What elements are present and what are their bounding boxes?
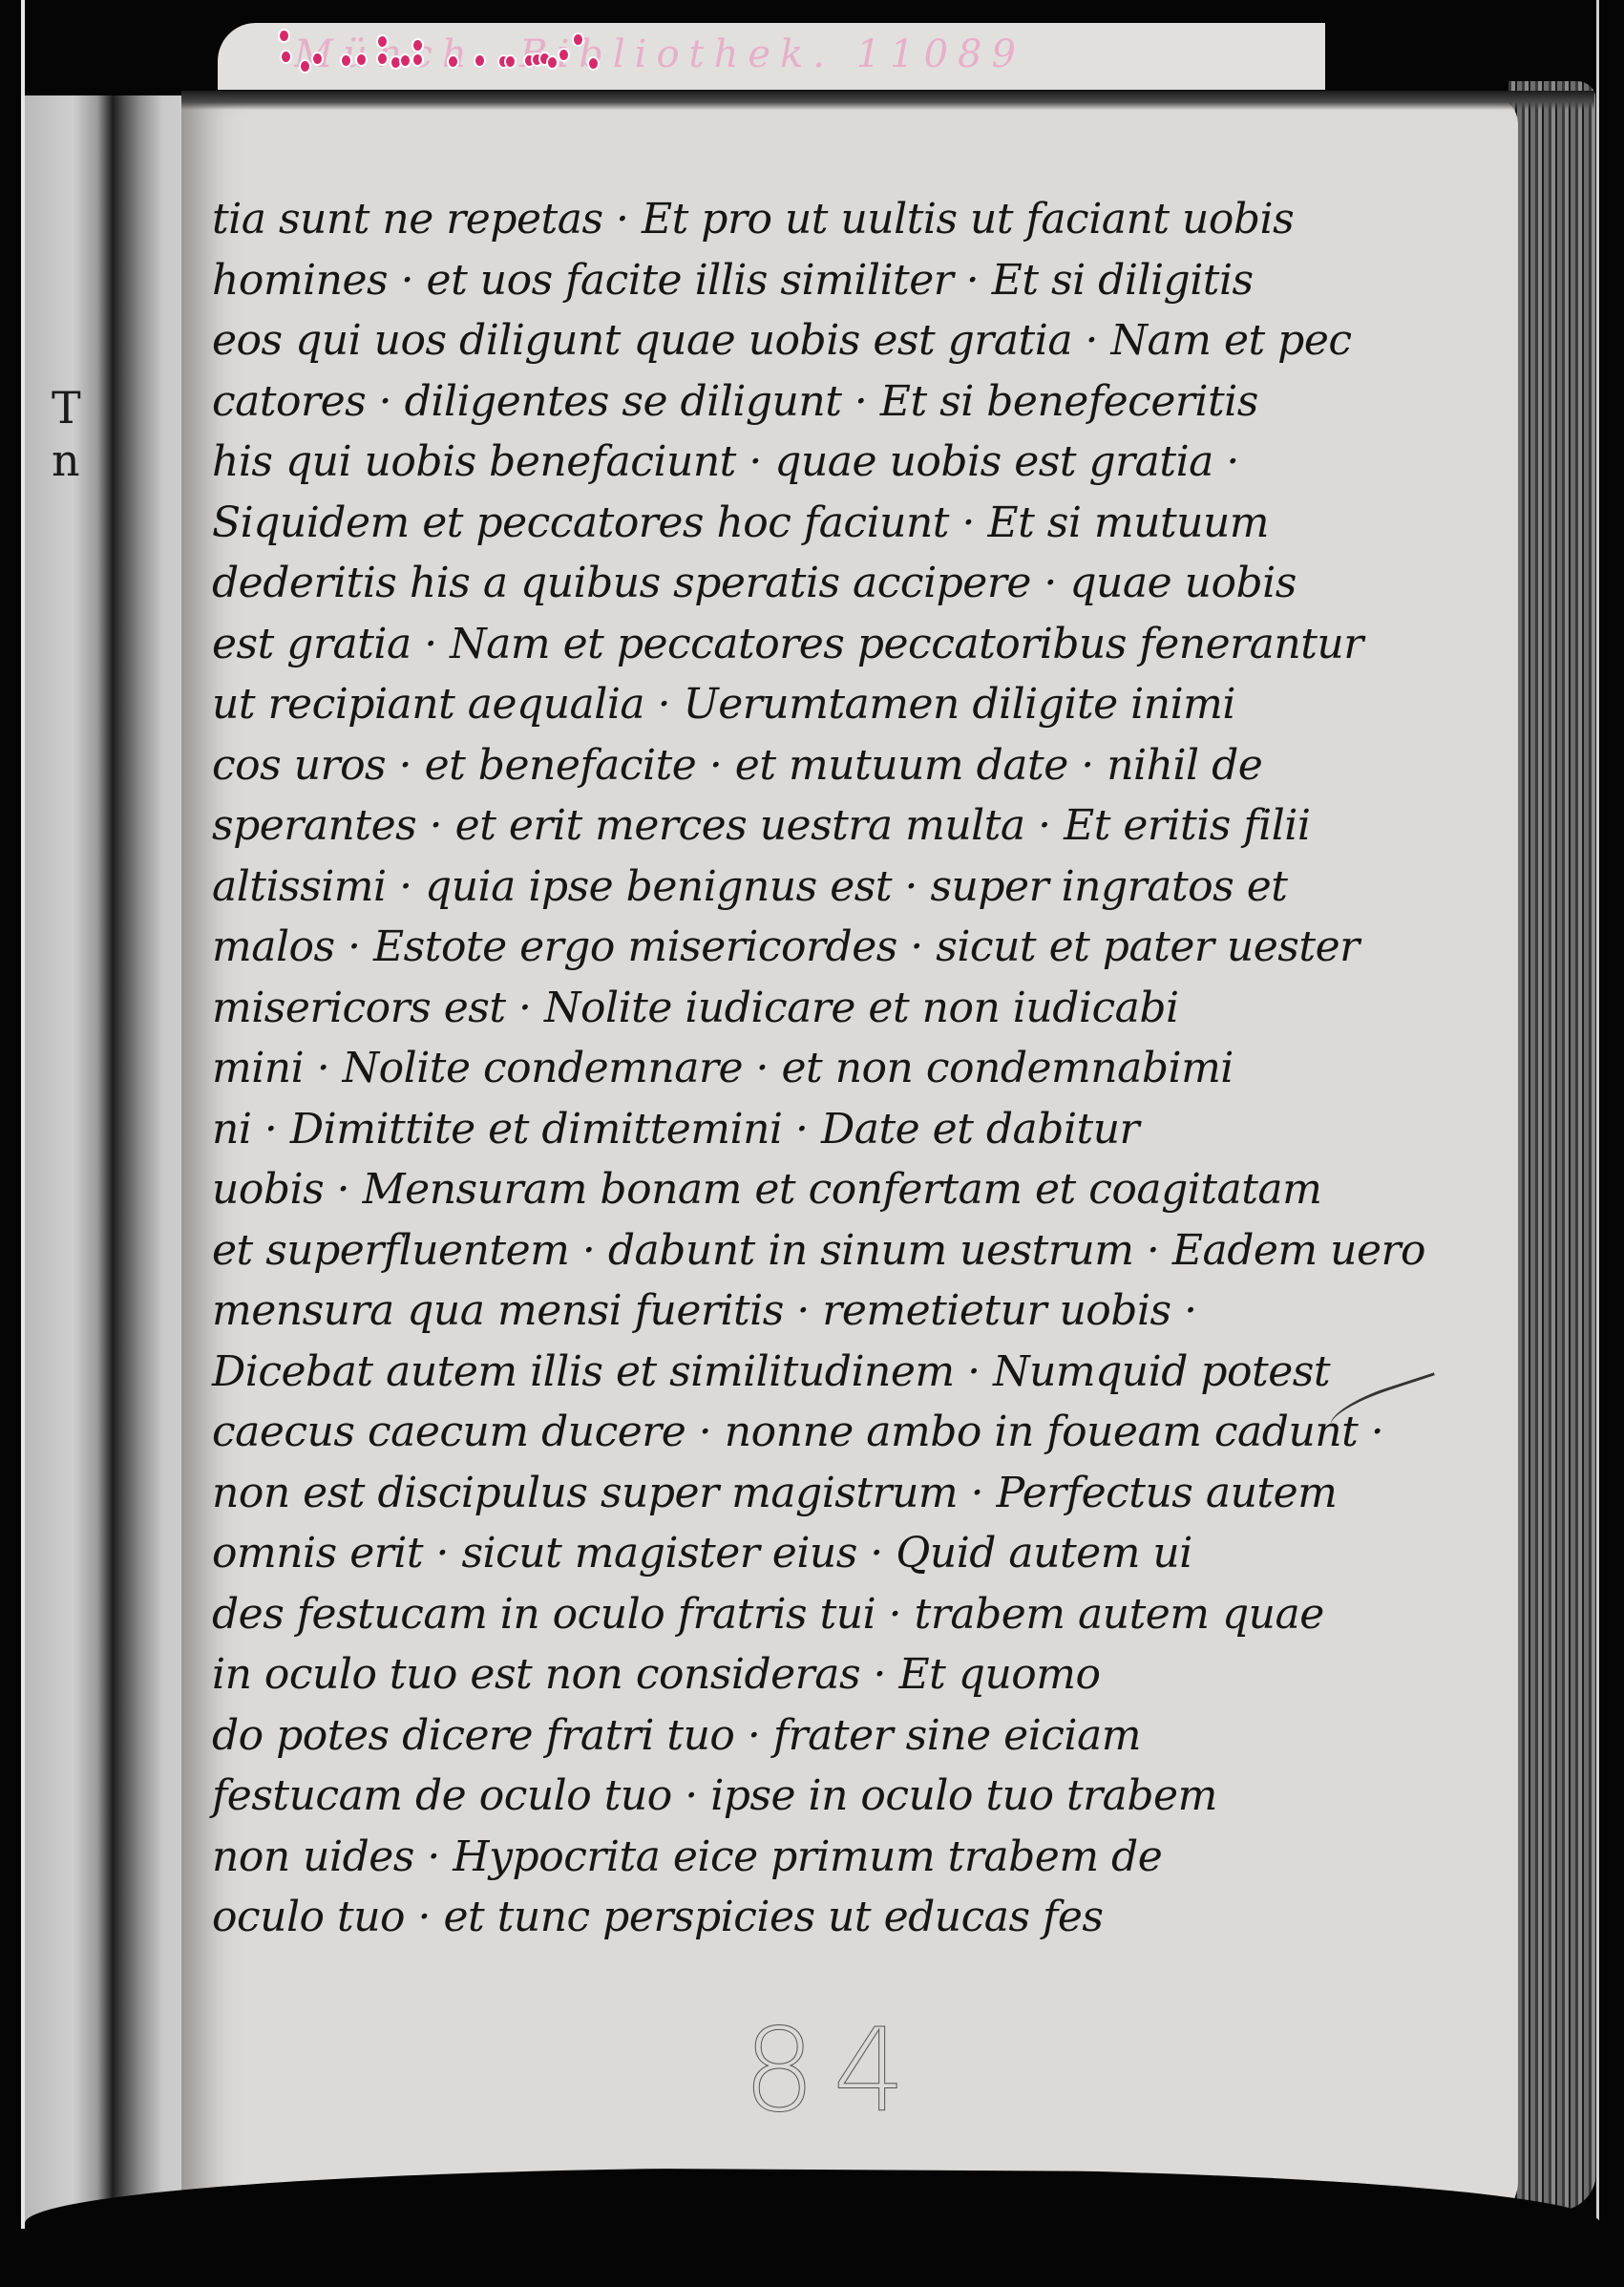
text-line: caecus caecum ducere · nonne ambo in fou…: [212, 1402, 1396, 1463]
text-line: misericors est · Nolite iudicare et non …: [212, 978, 1396, 1039]
text-line: eos qui uos diligunt quae uobis est grat…: [212, 310, 1396, 371]
text-line: mini · Nolite condemnare · et non condem…: [212, 1038, 1396, 1099]
text-line: dederitis his a quibus speratis accipere…: [212, 553, 1396, 614]
text-line: et superfluentem · dabunt in sinum uestr…: [212, 1220, 1396, 1281]
text-line: do potes dicere fratri tuo · frater sine…: [212, 1705, 1396, 1767]
text-line: des festucam in oculo fratris tui · trab…: [212, 1584, 1396, 1645]
text-line: altissimi · quia ipse benignus est · sup…: [212, 857, 1396, 918]
text-line: non uides · Hypocrita eice primum trabem…: [212, 1827, 1396, 1888]
page-top-shadow: [181, 91, 1594, 110]
text-line: ut recipiant aequalia · Uerumtamen dilig…: [212, 674, 1396, 735]
text-line: est gratia · Nam et peccatores peccatori…: [212, 614, 1396, 675]
text-line: malos · Estote ergo misericordes · sicut…: [212, 917, 1396, 978]
perforation-stamp: [218, 23, 1325, 90]
left-page-fragment: T: [52, 382, 81, 434]
page-edges: [1508, 81, 1596, 2211]
folio-number: 84: [743, 2005, 923, 2138]
text-line: oculo tuo · et tunc perspicies ut educas…: [212, 1887, 1396, 1948]
text-line: his qui uobis benefaciunt · quae uobis e…: [212, 432, 1396, 493]
text-line: uobis · Mensuram bonam et confertam et c…: [212, 1159, 1396, 1220]
text-line: Dicebat autem illis et similitudinem · N…: [212, 1342, 1396, 1403]
text-line: sperantes · et erit merces uestra multa …: [212, 795, 1396, 857]
text-line: omnis erit · sicut magister eius · Quid …: [212, 1523, 1396, 1584]
photo-border-right: [1596, 0, 1599, 2227]
text-line: festucam de oculo tuo · ipse in oculo tu…: [212, 1766, 1396, 1827]
text-line: cos uros · et benefacite · et mutuum dat…: [212, 735, 1396, 796]
text-line: in oculo tuo est non consideras · Et quo…: [212, 1644, 1396, 1705]
text-line: non est discipulus super magistrum · Per…: [212, 1463, 1396, 1524]
library-stamp-strip: Münch. Bibliothek. 11089: [218, 23, 1325, 90]
text-line: ni · Dimittite et dimittemini · Date et …: [212, 1099, 1396, 1160]
manuscript-text-block: tia sunt ne repetas · Et pro ut uultis u…: [212, 189, 1396, 1948]
text-line: mensura qua mensi fueritis · remetietur …: [212, 1281, 1396, 1342]
text-line: Siquidem et peccatores hoc faciunt · Et …: [212, 493, 1396, 554]
text-line: catores · diligentes se diligunt · Et si…: [212, 371, 1396, 433]
text-line: homines · et uos facite illis similiter …: [212, 250, 1396, 311]
left-page-fragment: n: [52, 434, 80, 486]
text-line: tia sunt ne repetas · Et pro ut uultis u…: [212, 189, 1396, 250]
